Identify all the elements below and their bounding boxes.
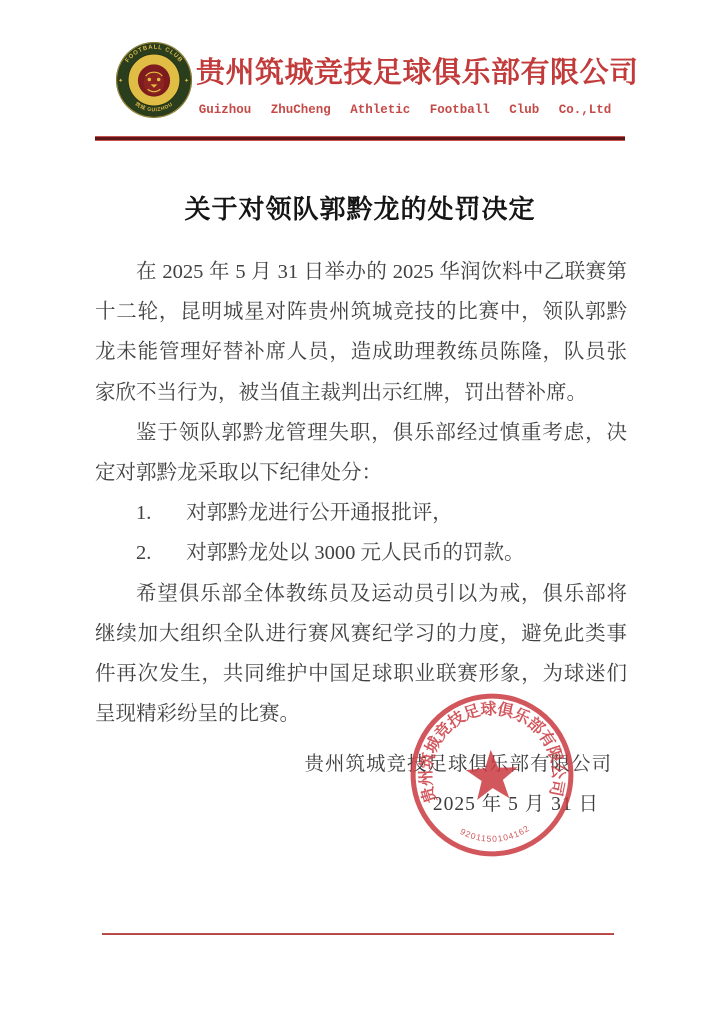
club-crest-logo: FOOTBALL CLUB 筑城 GUIZHOU ✦ ✦ <box>115 41 193 119</box>
penalty-item-2: 2.对郭黔龙处以 3000 元人民币的罚款。 <box>95 533 627 573</box>
seal-star-icon <box>465 748 519 800</box>
document-page: FOOTBALL CLUB 筑城 GUIZHOU ✦ ✦ 贵州筑城竞技足球俱乐部… <box>0 0 720 1018</box>
seal-serial-number: 9201150104162 <box>458 823 532 846</box>
paragraph-decision-intro: 鉴于领队郭黔龙管理失职，俱乐部经过慎重考虑，决定对郭黔龙采取以下纪律处分： <box>95 413 627 493</box>
header-rule <box>95 136 625 141</box>
company-name-en: Guizhou ZhuCheng Athletic Football Club … <box>188 103 622 117</box>
paragraph-incident: 在 2025 年 5 月 31 日举办的 2025 华润饮料中乙联赛第十二轮，昆… <box>95 252 627 413</box>
official-seal-stamp: 贵州筑城竞技足球俱乐部有限公司 9201150104162 <box>398 681 585 868</box>
company-name-cn: 贵州筑城竞技足球俱乐部有限公司 <box>196 50 622 91</box>
penalty-text: 对郭黔龙处以 3000 元人民币的罚款。 <box>186 542 524 564</box>
lion-head-icon <box>138 64 170 96</box>
penalty-number: 2. <box>136 533 186 573</box>
penalty-item-1: 1.对郭黔龙进行公开通报批评， <box>95 493 627 533</box>
signature-company: 贵州筑城竞技足球俱乐部有限公司 <box>0 748 720 776</box>
penalty-number: 1. <box>136 493 186 533</box>
document-title: 关于对领队郭黔龙的处罚决定 <box>0 189 720 226</box>
crest-right-star-icon: ✦ <box>184 77 189 84</box>
crest-left-star-icon: ✦ <box>118 77 123 84</box>
penalty-text: 对郭黔龙进行公开通报批评， <box>186 502 453 524</box>
footer-rule <box>102 933 614 935</box>
signature-date: 2025 年 5 月 31 日 <box>0 788 720 816</box>
document-body: 在 2025 年 5 月 31 日举办的 2025 华润饮料中乙联赛第十二轮，昆… <box>95 252 627 734</box>
